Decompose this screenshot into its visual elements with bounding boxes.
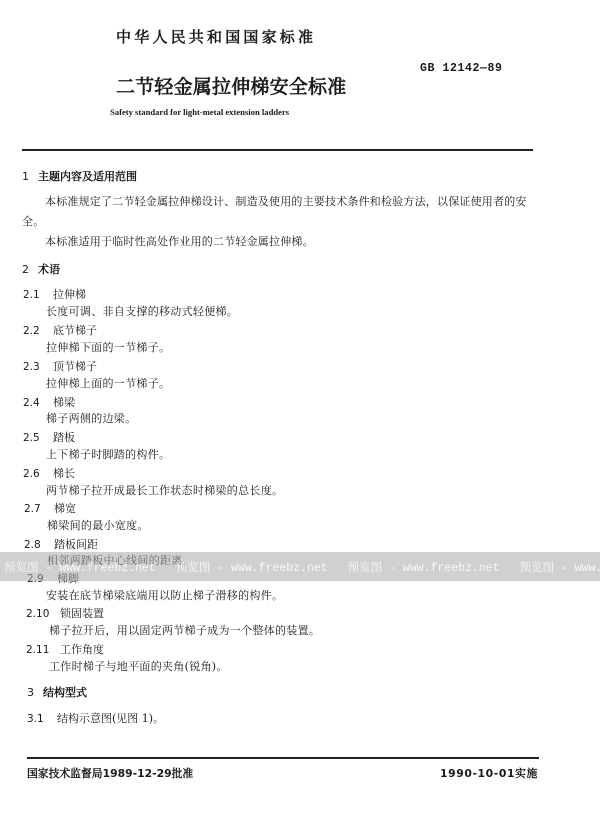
term-name: 锁固装置 — [60, 607, 104, 620]
term-definition: 梯子两侧的边梁。 — [46, 410, 136, 426]
term-name: 梯宽 — [54, 502, 76, 515]
term-definition: 梯子拉开后，用以固定两节梯子成为一个整体的装置。 — [49, 622, 320, 638]
section-heading-1: 1主题内容及适用范围 — [22, 168, 137, 184]
term-definition: 上下梯子时脚踏的构件。 — [46, 446, 170, 462]
clause-item: 3.1结构示意图(见图 1)。 — [27, 710, 164, 726]
term-heading: 2.5踏板 — [23, 429, 75, 445]
term-heading: 2.7梯宽 — [24, 500, 76, 516]
term-name: 顶节梯子 — [53, 360, 97, 373]
term-heading: 2.8踏板间距 — [24, 536, 98, 552]
term-definition: 拉伸梯下面的一节梯子。 — [46, 339, 170, 355]
term-heading: 2.4梯梁 — [23, 394, 75, 410]
term-name: 踏板间距 — [54, 538, 98, 551]
term-definition: 工作时梯子与地平面的夹角(锐角)。 — [49, 658, 228, 674]
section-heading-2: 2术语 — [22, 261, 60, 277]
standard-code: GB 12142—89 — [420, 62, 503, 75]
watermark-text: 预览图 - www.freebz.net — [344, 559, 500, 575]
section-heading-3: 3结构型式 — [27, 684, 87, 700]
term-heading: 2.10锁固装置 — [26, 605, 104, 621]
term-heading: 2.6梯长 — [23, 465, 75, 481]
effective-date: 1990-10-01实施 — [440, 766, 538, 781]
section-number: 1 — [22, 170, 38, 183]
term-name: 拉伸梯 — [53, 288, 86, 301]
term-definition: 长度可调、非自支撑的移动式轻便梯。 — [46, 303, 238, 319]
paragraph: 本标准适用于临时性高处作业用的二节轻金属拉伸梯。 — [45, 233, 314, 249]
bottom-divider — [27, 757, 539, 759]
term-definition: 拉伸梯上面的一节梯子。 — [46, 375, 170, 391]
section-title: 结构型式 — [43, 686, 87, 699]
term-definition: 两节梯子拉开成最长工作状态时梯梁的总长度。 — [46, 482, 283, 498]
english-title: Safety standard for light-metal extensio… — [110, 107, 289, 117]
section-title: 主题内容及适用范围 — [38, 170, 137, 183]
top-divider — [22, 149, 533, 151]
section-number: 3 — [27, 686, 43, 699]
term-heading: 2.2底节梯子 — [23, 322, 97, 338]
national-standard-title: 中华人民共和国国家标准 — [116, 26, 316, 47]
paragraph: 本标准规定了二节轻金属拉伸梯设计、制造及使用的主要技术条件和检验方法，以保证使用… — [45, 193, 527, 209]
term-name: 梯梁 — [53, 396, 75, 409]
term-definition: 梯梁间的最小宽度。 — [47, 517, 149, 533]
term-heading: 2.3顶节梯子 — [23, 358, 97, 374]
standard-title: 二节轻金属拉伸梯安全标准 — [116, 72, 346, 99]
section-number: 2 — [22, 263, 38, 276]
section-title: 术语 — [38, 263, 60, 276]
term-name: 梯长 — [53, 467, 75, 480]
term-heading: 2.11工作角度 — [26, 641, 104, 657]
clause-text: 结构示意图(见图 1)。 — [57, 712, 164, 725]
watermark-text: 预览图 - www.freebz.net — [172, 559, 328, 575]
watermark-banner: 预览图 - www.freebz.net 预览图 - www.freebz.ne… — [0, 552, 600, 581]
approval-note: 国家技术监督局1989-12-29批准 — [27, 766, 193, 781]
watermark-text: 预览图 - www.freebz.net — [0, 559, 156, 575]
term-heading: 2.1拉伸梯 — [23, 286, 86, 302]
paragraph-continuation: 全。 — [22, 213, 44, 229]
term-definition: 安装在底节梯梁底端用以防止梯子滑移的构件。 — [46, 587, 283, 603]
term-name: 踏板 — [53, 431, 75, 444]
term-name: 底节梯子 — [53, 324, 97, 337]
watermark-text: 预览图 - www.freebz.net — [515, 559, 600, 575]
term-name: 工作角度 — [60, 643, 104, 656]
